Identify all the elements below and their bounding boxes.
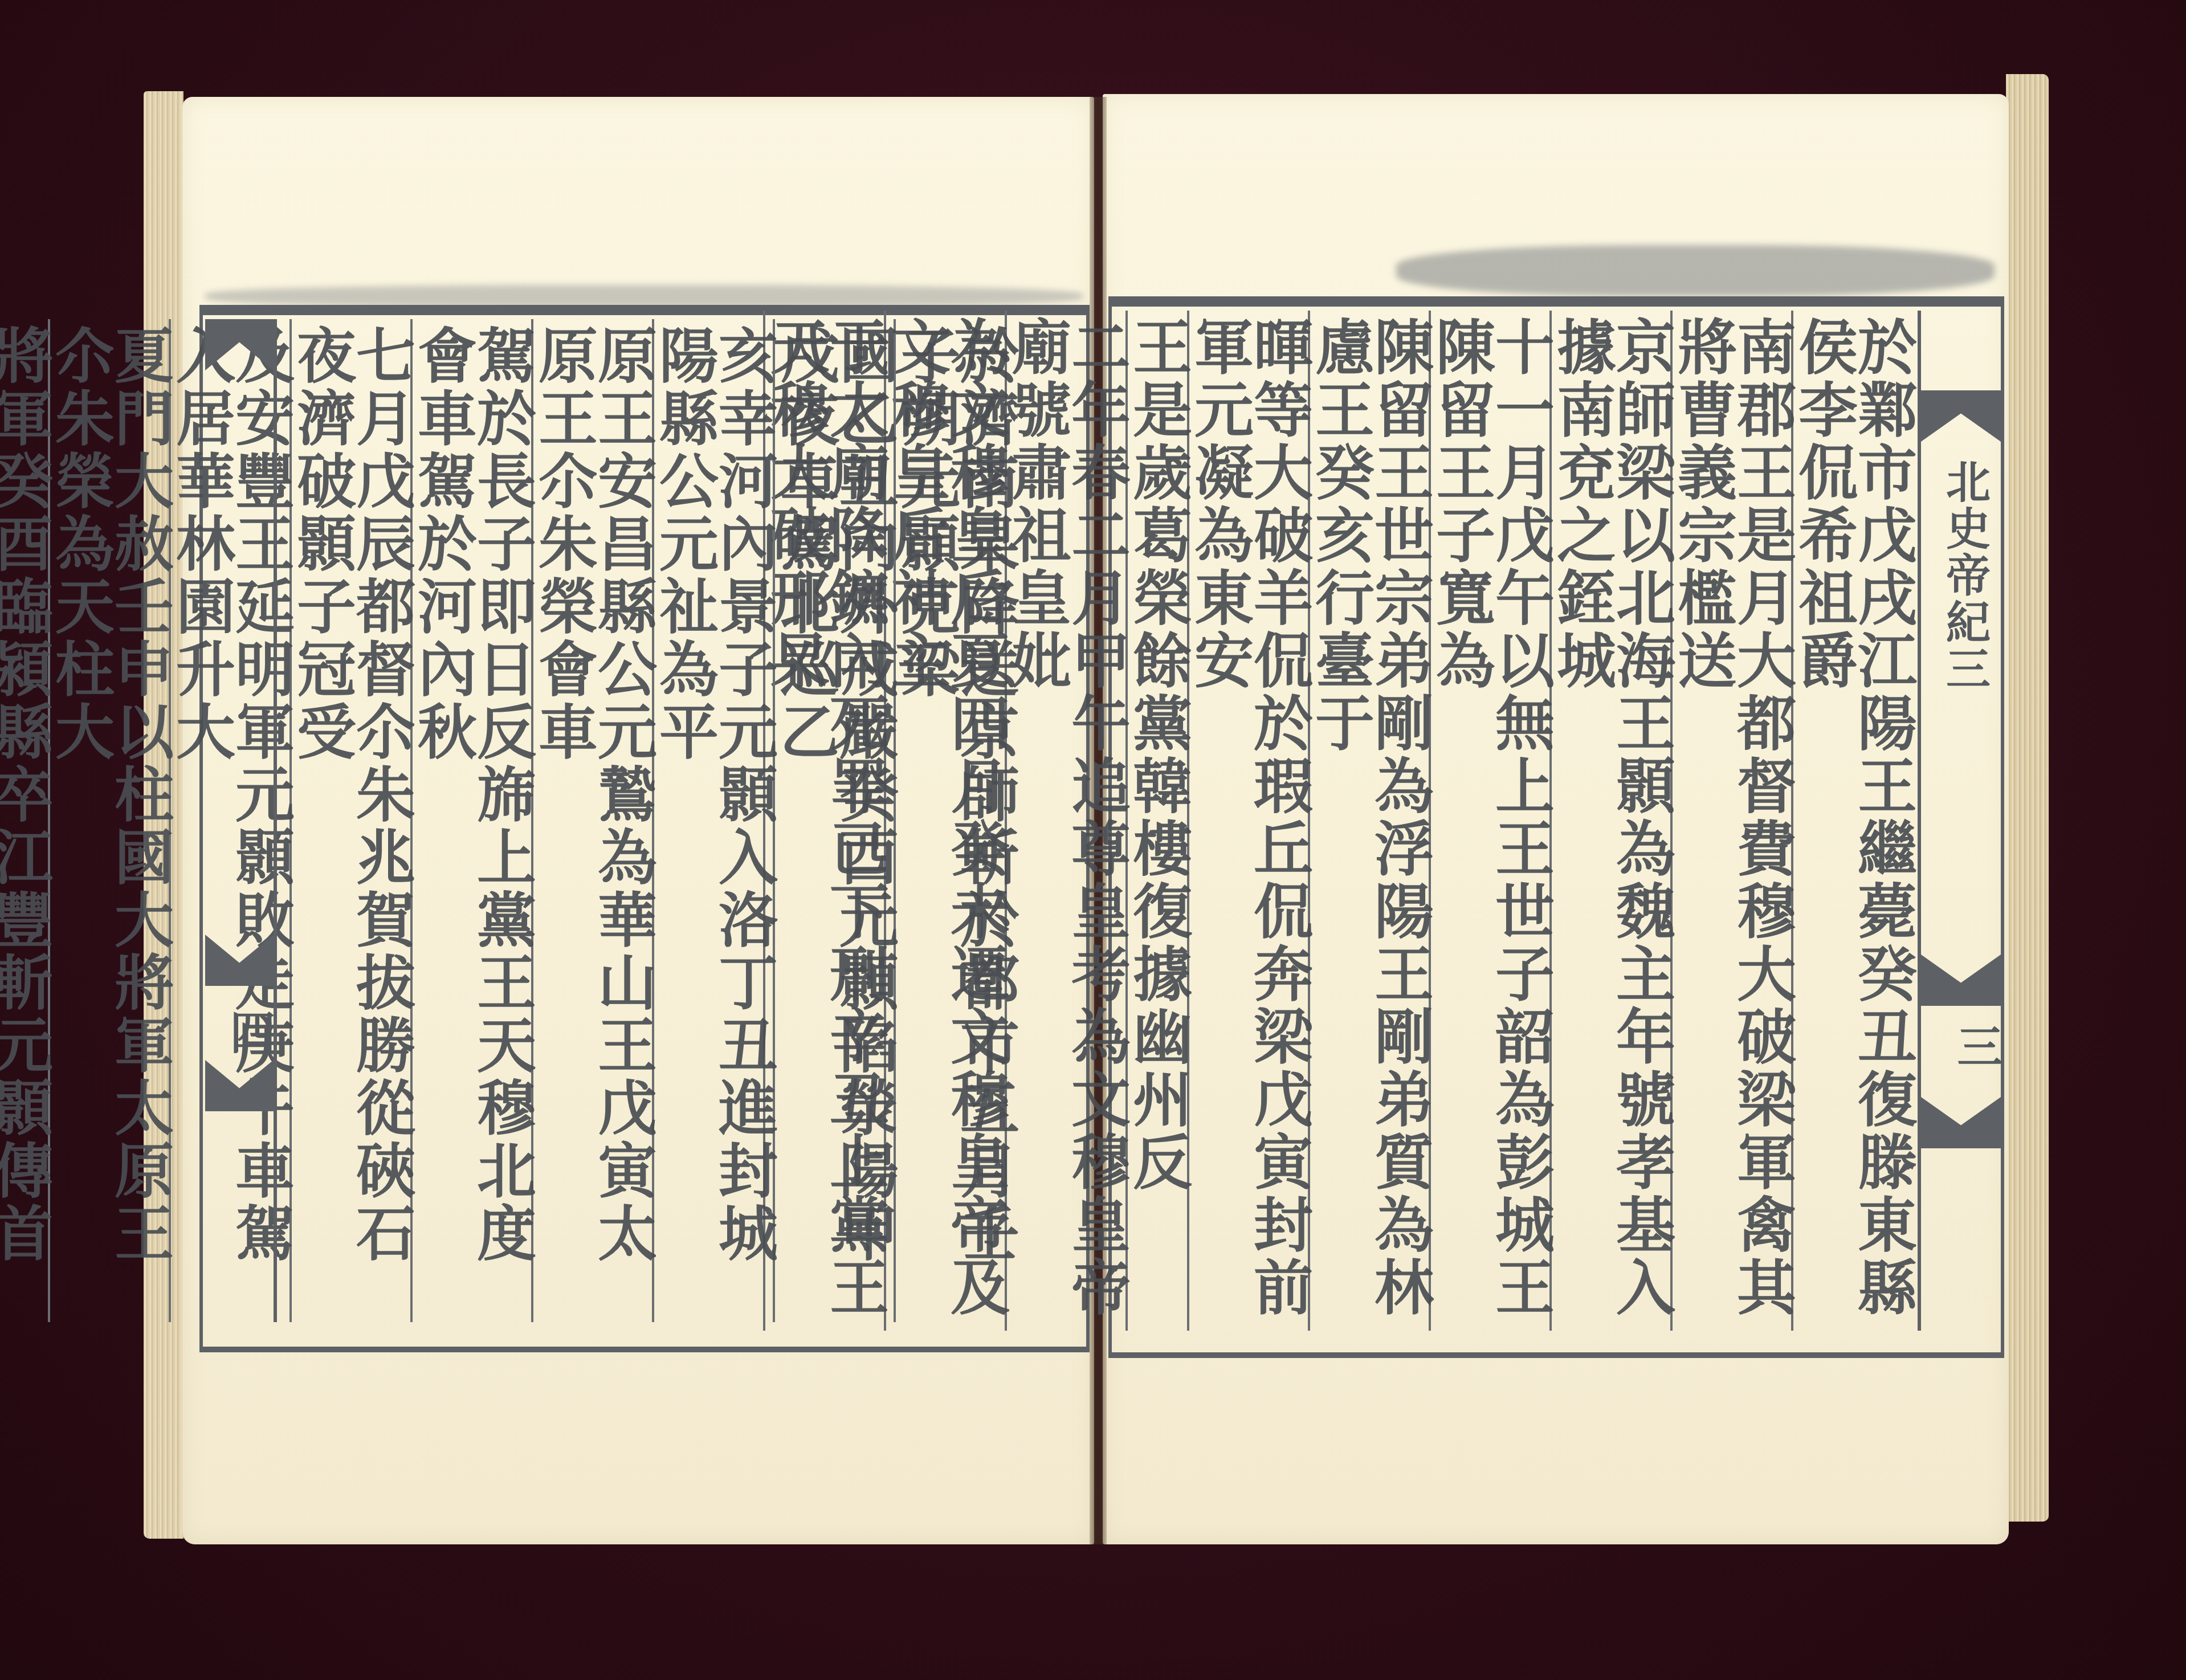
column-text: 於鄴市戊戌江陽王繼薨癸丑復滕東縣侯李侃希祖爵 bbox=[1793, 316, 1912, 1331]
right-page-columns: 於鄴市戊戌江陽王繼薨癸丑復滕東縣侯李侃希祖爵 南郡王是月大都督費穆大破梁軍禽其將… bbox=[1114, 311, 1912, 1331]
fishtail-lower-icon bbox=[1921, 955, 2001, 1006]
text-column: 京師梁以北海王顥為魏主年號孝基入據南兗之銍城 bbox=[1549, 311, 1670, 1331]
column-text: 於濟南杲降送京師斬於都市五月壬子朔元顥克梁 bbox=[896, 325, 1014, 1322]
text-column: 陳留王世宗弟剛為浮陽王剛弟質為林慮王癸亥行臺于 bbox=[1308, 311, 1429, 1331]
text-column: 南郡王是月大都督費穆大破梁軍禽其將曹義宗檻送 bbox=[1670, 311, 1791, 1331]
column-text: 將軍癸酉臨潁縣卒江豐斬元顥傳首京師甲戌以大將 bbox=[0, 325, 48, 1322]
column-text: 南郡王是月大都督費穆大破梁軍禽其將曹義宗檻送 bbox=[1673, 316, 1791, 1331]
text-column: 於鄴市戊戌江陽王繼薨癸丑復滕東縣侯李侃希祖爵 bbox=[1791, 311, 1912, 1331]
folio-number: 三 bbox=[1944, 1023, 2009, 1069]
column-text: 夏門大赦壬申以柱國大將軍太原王尒朱榮為天柱大 bbox=[50, 325, 169, 1322]
text-column: 夏門大赦壬申以柱國大將軍太原王尒朱榮為天柱大 bbox=[48, 319, 169, 1322]
book-title-label: 北史帝紀三 bbox=[1932, 459, 1996, 692]
text-column: 亥幸河內景子元顥入洛丁丑進封城陽縣公元祉為平 bbox=[652, 319, 773, 1322]
ink-smudge bbox=[205, 285, 1083, 308]
column-text: 國乙丑內外戒嚴癸酉元顥陷滎陽甲戌夜車駕北巡乙 bbox=[775, 325, 894, 1322]
text-column: 國乙丑內外戒嚴癸酉元顥陷滎陽甲戌夜車駕北巡乙 bbox=[773, 319, 894, 1322]
column-text: 京師梁以北海王顥為魏主年號孝基入據南兗之銍城 bbox=[1552, 316, 1670, 1331]
column-text: 駕於長子即日反旆上黨王天穆北度會車駕於河內秋 bbox=[413, 325, 531, 1322]
center-strip-left: 四 bbox=[205, 319, 277, 1322]
fishtail-lower-icon bbox=[205, 935, 274, 986]
column-text: 二年春二月甲午追尊皇考為文穆皇帝廟號肅祖皇妣 bbox=[1007, 316, 1125, 1331]
column-text: 陳留王世宗弟剛為浮陽王剛弟質為林慮王癸亥行臺于 bbox=[1310, 316, 1429, 1331]
open-book: 於鄴市戊戌江陽王繼薨癸丑復滕東縣侯李侃希祖爵 南郡王是月大都督費穆大破梁軍禽其將… bbox=[0, 0, 2186, 1680]
text-column: 原王安昌縣公元鷙為華山王戊寅太原王尒朱榮會車 bbox=[531, 319, 652, 1322]
text-column: 王是歲葛榮餘黨韓樓復據幽州反 bbox=[1125, 311, 1187, 1331]
fishtail-bottom-icon bbox=[1921, 1097, 2001, 1148]
text-column: 十一月戊午以無上王世子韶為彭城王陳留王子寬為 bbox=[1429, 311, 1549, 1331]
right-page-stack bbox=[2006, 74, 2049, 1522]
left-page-columns: 於濟南杲降送京師斬於都市五月壬子朔元顥克梁 國乙丑內外戒嚴癸酉元顥陷滎陽甲戌夜車… bbox=[205, 319, 1014, 1322]
column-text: 亥幸河內景子元顥入洛丁丑進封城陽縣公元祉為平 bbox=[654, 325, 773, 1322]
column-text: 王是歲葛榮餘黨韓樓復據幽州反 bbox=[1128, 316, 1187, 1331]
column-text: 十一月戊午以無上王世子韶為彭城王陳留王子寬為 bbox=[1431, 316, 1549, 1331]
center-strip-right: 北史帝紀三 三 bbox=[1918, 311, 2001, 1331]
column-text: 原王安昌縣公元鷙為華山王戊寅太原王尒朱榮會車 bbox=[533, 325, 652, 1322]
text-column: 二年春二月甲午追尊皇考為文穆皇帝廟號肅祖皇妣 bbox=[1005, 311, 1125, 1331]
text-column: 駕於長子即日反旆上黨王天穆北度會車駕於河內秋 bbox=[410, 319, 531, 1322]
text-column: 七月戊辰都督尒朱兆賀拔勝從硤石夜濟破顥子冠受 bbox=[289, 319, 410, 1322]
text-column: 於濟南杲降送京師斬於都市五月壬子朔元顥克梁 bbox=[894, 319, 1014, 1322]
fishtail-upper-icon bbox=[1921, 390, 2001, 442]
text-column: 暉等大破羊侃於瑕丘侃奔梁戊寅封前軍元凝為東安 bbox=[1187, 311, 1308, 1331]
fishtail-upper-icon bbox=[205, 319, 274, 370]
text-column: 將軍癸酉臨潁縣卒江豐斬元顥傳首京師甲戌以大將 bbox=[0, 319, 48, 1322]
column-text: 暉等大破羊侃於瑕丘侃奔梁戊寅封前軍元凝為東安 bbox=[1189, 316, 1308, 1331]
fishtail-bottom-icon bbox=[205, 1060, 274, 1111]
ink-smudge bbox=[1396, 245, 1995, 296]
column-text: 七月戊辰都督尒朱兆賀拔勝從硤石夜濟破顥子冠受 bbox=[292, 325, 410, 1322]
folio-number: 四 bbox=[217, 1009, 282, 1054]
